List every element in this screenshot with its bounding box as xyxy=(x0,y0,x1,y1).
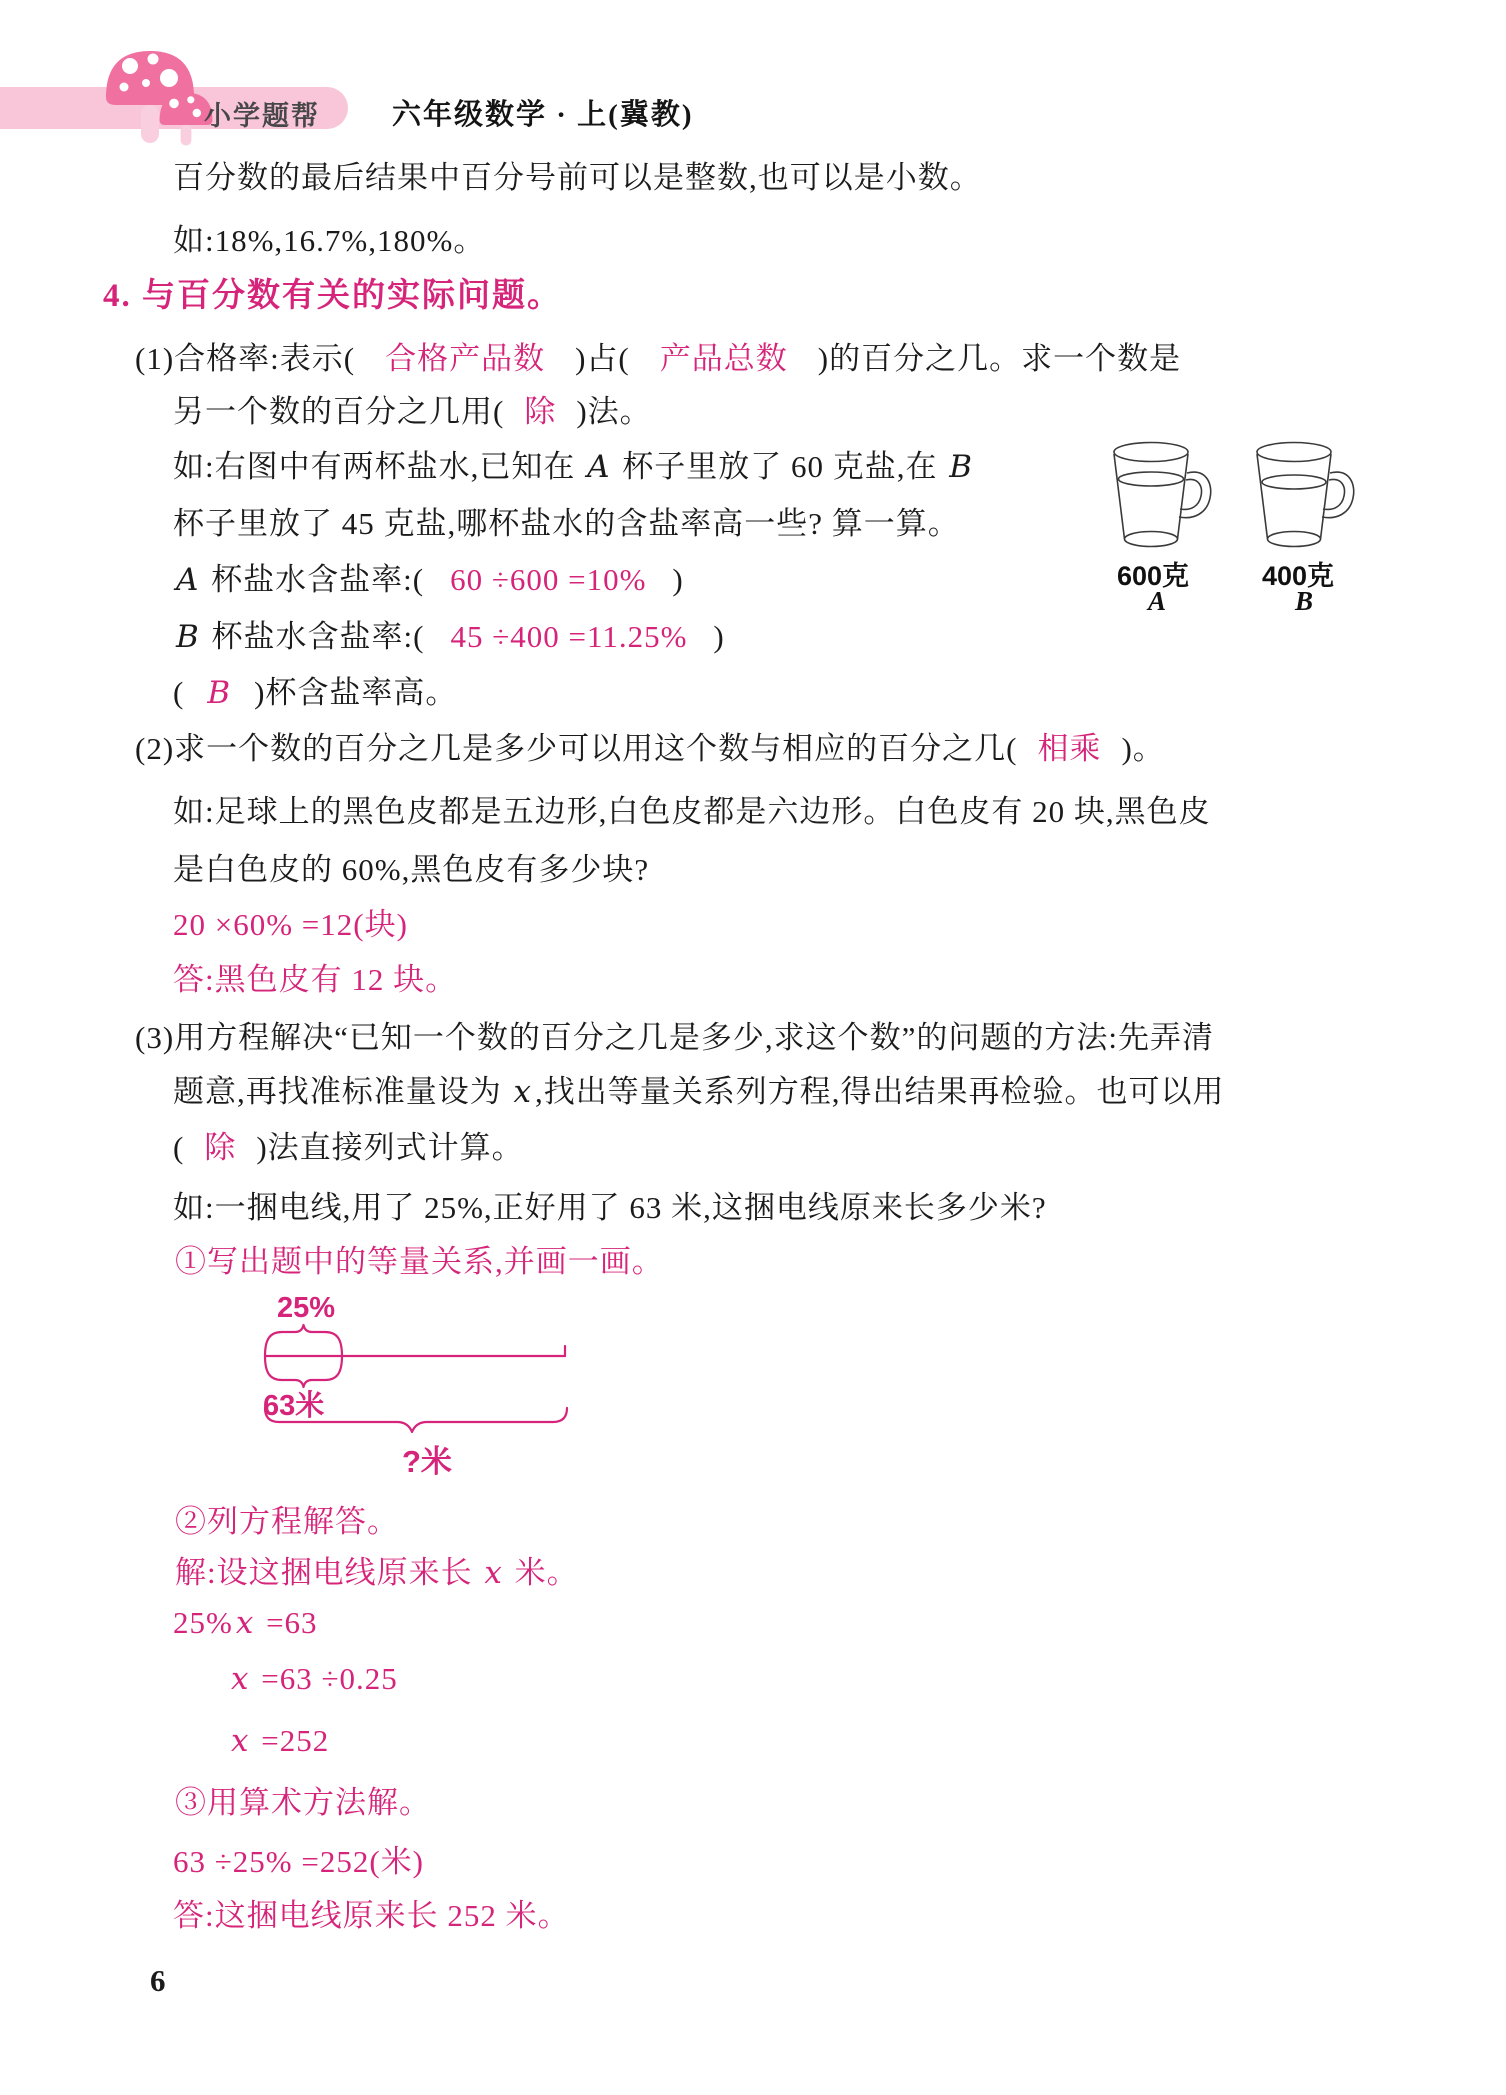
item3-line-3: (除)法直接列式计算。 xyxy=(173,1122,524,1167)
item2-example-line-2: 是白色皮的 60%,黑色皮有多少块? xyxy=(173,844,649,889)
answer-a-label: 杯盐水含盐率:( xyxy=(202,562,424,597)
item1-line2-pre: 另一个数的百分之几用( xyxy=(173,394,504,429)
item3-step2: ②列方程解答。 xyxy=(175,1496,399,1541)
answer-a-variable: A xyxy=(173,562,202,598)
setup-post: 米。 xyxy=(506,1555,579,1590)
answer-b-variable: B xyxy=(173,619,203,655)
cup-a-illustration xyxy=(1112,441,1216,555)
item1-blank-divide: 除 xyxy=(524,394,556,429)
item1-ex1-pre: 如:右图中有两杯盐水,已知在 xyxy=(173,449,584,484)
eq2-post: =63 ÷0.25 xyxy=(252,1661,397,1696)
item1-line-2: 另一个数的百分之几用(除)法。 xyxy=(173,386,652,431)
intro-line-2: 如:18%,16.7%,180%。 xyxy=(173,215,485,260)
item3-line-1: (3)用方程解决“已知一个数的百分之几是多少,求这个数”的问题的方法:先弄清 xyxy=(135,1012,1214,1057)
diagram-used-label: 63米 xyxy=(263,1383,324,1424)
item1-line2-post: )法。 xyxy=(576,394,651,429)
item1-line1-pre: (1)合格率:表示( xyxy=(135,341,355,376)
item1-example-line-2: 杯子里放了 45 克盐,哪杯盐水的含盐率高一些? 算一算。 xyxy=(173,498,960,543)
item2-blank-multiply: 相乘 xyxy=(1037,731,1101,766)
answer-b-close: ) xyxy=(713,619,724,654)
item1-answer-a: A 杯盐水含盐率:(60 ÷600 =10%) xyxy=(173,554,684,599)
item3-step1: ①写出题中的等量关系,并画一画。 xyxy=(175,1236,664,1281)
eq1-post: =63 xyxy=(257,1605,317,1640)
item3-line3-open: ( xyxy=(173,1130,184,1165)
x-variable: x xyxy=(511,1074,535,1110)
item3-blank-divide: 除 xyxy=(204,1130,236,1165)
item3-equation-2: x =63 ÷0.25 xyxy=(228,1661,398,1697)
item1-line-1: (1)合格率:表示(合格产品数)占(产品总数)的百分之几。求一个数是 xyxy=(135,333,1181,378)
cup-b-illustration xyxy=(1255,441,1359,555)
item2-line-1: (2)求一个数的百分之几是多少可以用这个数与相应的百分之几(相乘)。 xyxy=(135,723,1165,768)
eq1-pre: 25% xyxy=(173,1605,233,1640)
item3-line2-pre: 题意,再找准标准量设为 xyxy=(173,1074,511,1109)
cup-a-variable: A xyxy=(584,449,613,485)
page-number: 6 xyxy=(150,1963,166,1999)
intro-line-1: 百分数的最后结果中百分号前可以是整数,也可以是小数。 xyxy=(173,152,982,197)
item3-line-2: 题意,再找准标准量设为 x,找出等量关系列方程,得出结果再检验。也可以用 xyxy=(173,1066,1224,1111)
item1-line1-post: )的百分之几。求一个数是 xyxy=(818,341,1181,376)
cup-a-name-label: A xyxy=(1148,586,1166,617)
eq3-x-variable: x xyxy=(228,1723,252,1759)
item3-equation-3: x =252 xyxy=(228,1723,329,1759)
item3-calculation: 63 ÷25% =252(米) xyxy=(173,1836,424,1881)
item2-calculation: 20 ×60% =12(块) xyxy=(173,899,408,944)
answer-a-value: 60 ÷600 =10% xyxy=(450,562,646,597)
item1-answer-b: B 杯盐水含盐率:(45 ÷400 =11.25%) xyxy=(173,611,725,656)
eq1-x-variable: x xyxy=(233,1605,257,1641)
item3-step3: ③用算术方法解。 xyxy=(175,1777,431,1822)
item2-answer: 答:黑色皮有 12 块。 xyxy=(173,954,457,999)
answer-b-value: 45 ÷400 =11.25% xyxy=(450,619,687,654)
item3-equation-1: 25%x =63 xyxy=(173,1605,318,1641)
workbook-page: 小学题帮 六年级数学 · 上(冀教) 百分数的最后结果中百分号前可以是整数,也可… xyxy=(0,0,1506,2095)
cup-b-name-label: B xyxy=(1295,586,1313,617)
item3-setup: 解:设这捆电线原来长 x 米。 xyxy=(175,1547,579,1592)
cup-b-variable: B xyxy=(946,449,976,485)
item3-answer: 答:这捆电线原来长 252 米。 xyxy=(173,1890,570,1935)
item1-blank-qualified-count: 合格产品数 xyxy=(385,341,545,376)
item3-line2-post: ,找出等量关系列方程,得出结果再检验。也可以用 xyxy=(535,1074,1225,1109)
item1-line1-mid: )占( xyxy=(575,341,630,376)
page-title: 六年级数学 · 上(冀教) xyxy=(392,92,694,133)
item2-line1-pre: (2)求一个数的百分之几是多少可以用这个数与相应的百分之几( xyxy=(135,731,1017,766)
tape-diagram xyxy=(200,1315,620,1445)
conclusion-close: )杯含盐率高。 xyxy=(254,675,457,710)
logo-text: 小学题帮 xyxy=(204,94,320,133)
answer-b-label: 杯盐水含盐率:( xyxy=(203,619,425,654)
item1-blank-total-count: 产品总数 xyxy=(660,341,788,376)
section-heading: 4. 与百分数有关的实际问题。 xyxy=(103,269,562,316)
item1-example-line-1: 如:右图中有两杯盐水,已知在 A 杯子里放了 60 克盐,在 B xyxy=(173,441,976,486)
item3-example: 如:一捆电线,用了 25%,正好用了 63 米,这捆电线原来长多少米? xyxy=(173,1182,1047,1227)
eq2-x-variable: x xyxy=(228,1661,252,1697)
diagram-total-label: ?米 xyxy=(402,1436,452,1481)
setup-pre: 解:设这捆电线原来长 xyxy=(175,1555,481,1590)
setup-x-variable: x xyxy=(481,1555,505,1591)
item1-conclusion: (B)杯含盐率高。 xyxy=(173,667,457,712)
item3-line3-post: )法直接列式计算。 xyxy=(256,1130,523,1165)
answer-a-close: ) xyxy=(672,562,683,597)
eq3-post: =252 xyxy=(252,1723,329,1758)
item2-line1-post: )。 xyxy=(1121,731,1164,766)
mushrooms-icon xyxy=(100,45,220,147)
conclusion-open: ( xyxy=(173,675,184,710)
item2-example-line-1: 如:足球上的黑色皮都是五边形,白色皮都是六边形。白色皮有 20 块,黑色皮 xyxy=(173,786,1211,831)
item1-ex1-mid: 杯子里放了 60 克盐,在 xyxy=(614,449,947,484)
conclusion-answer: B xyxy=(204,675,234,711)
